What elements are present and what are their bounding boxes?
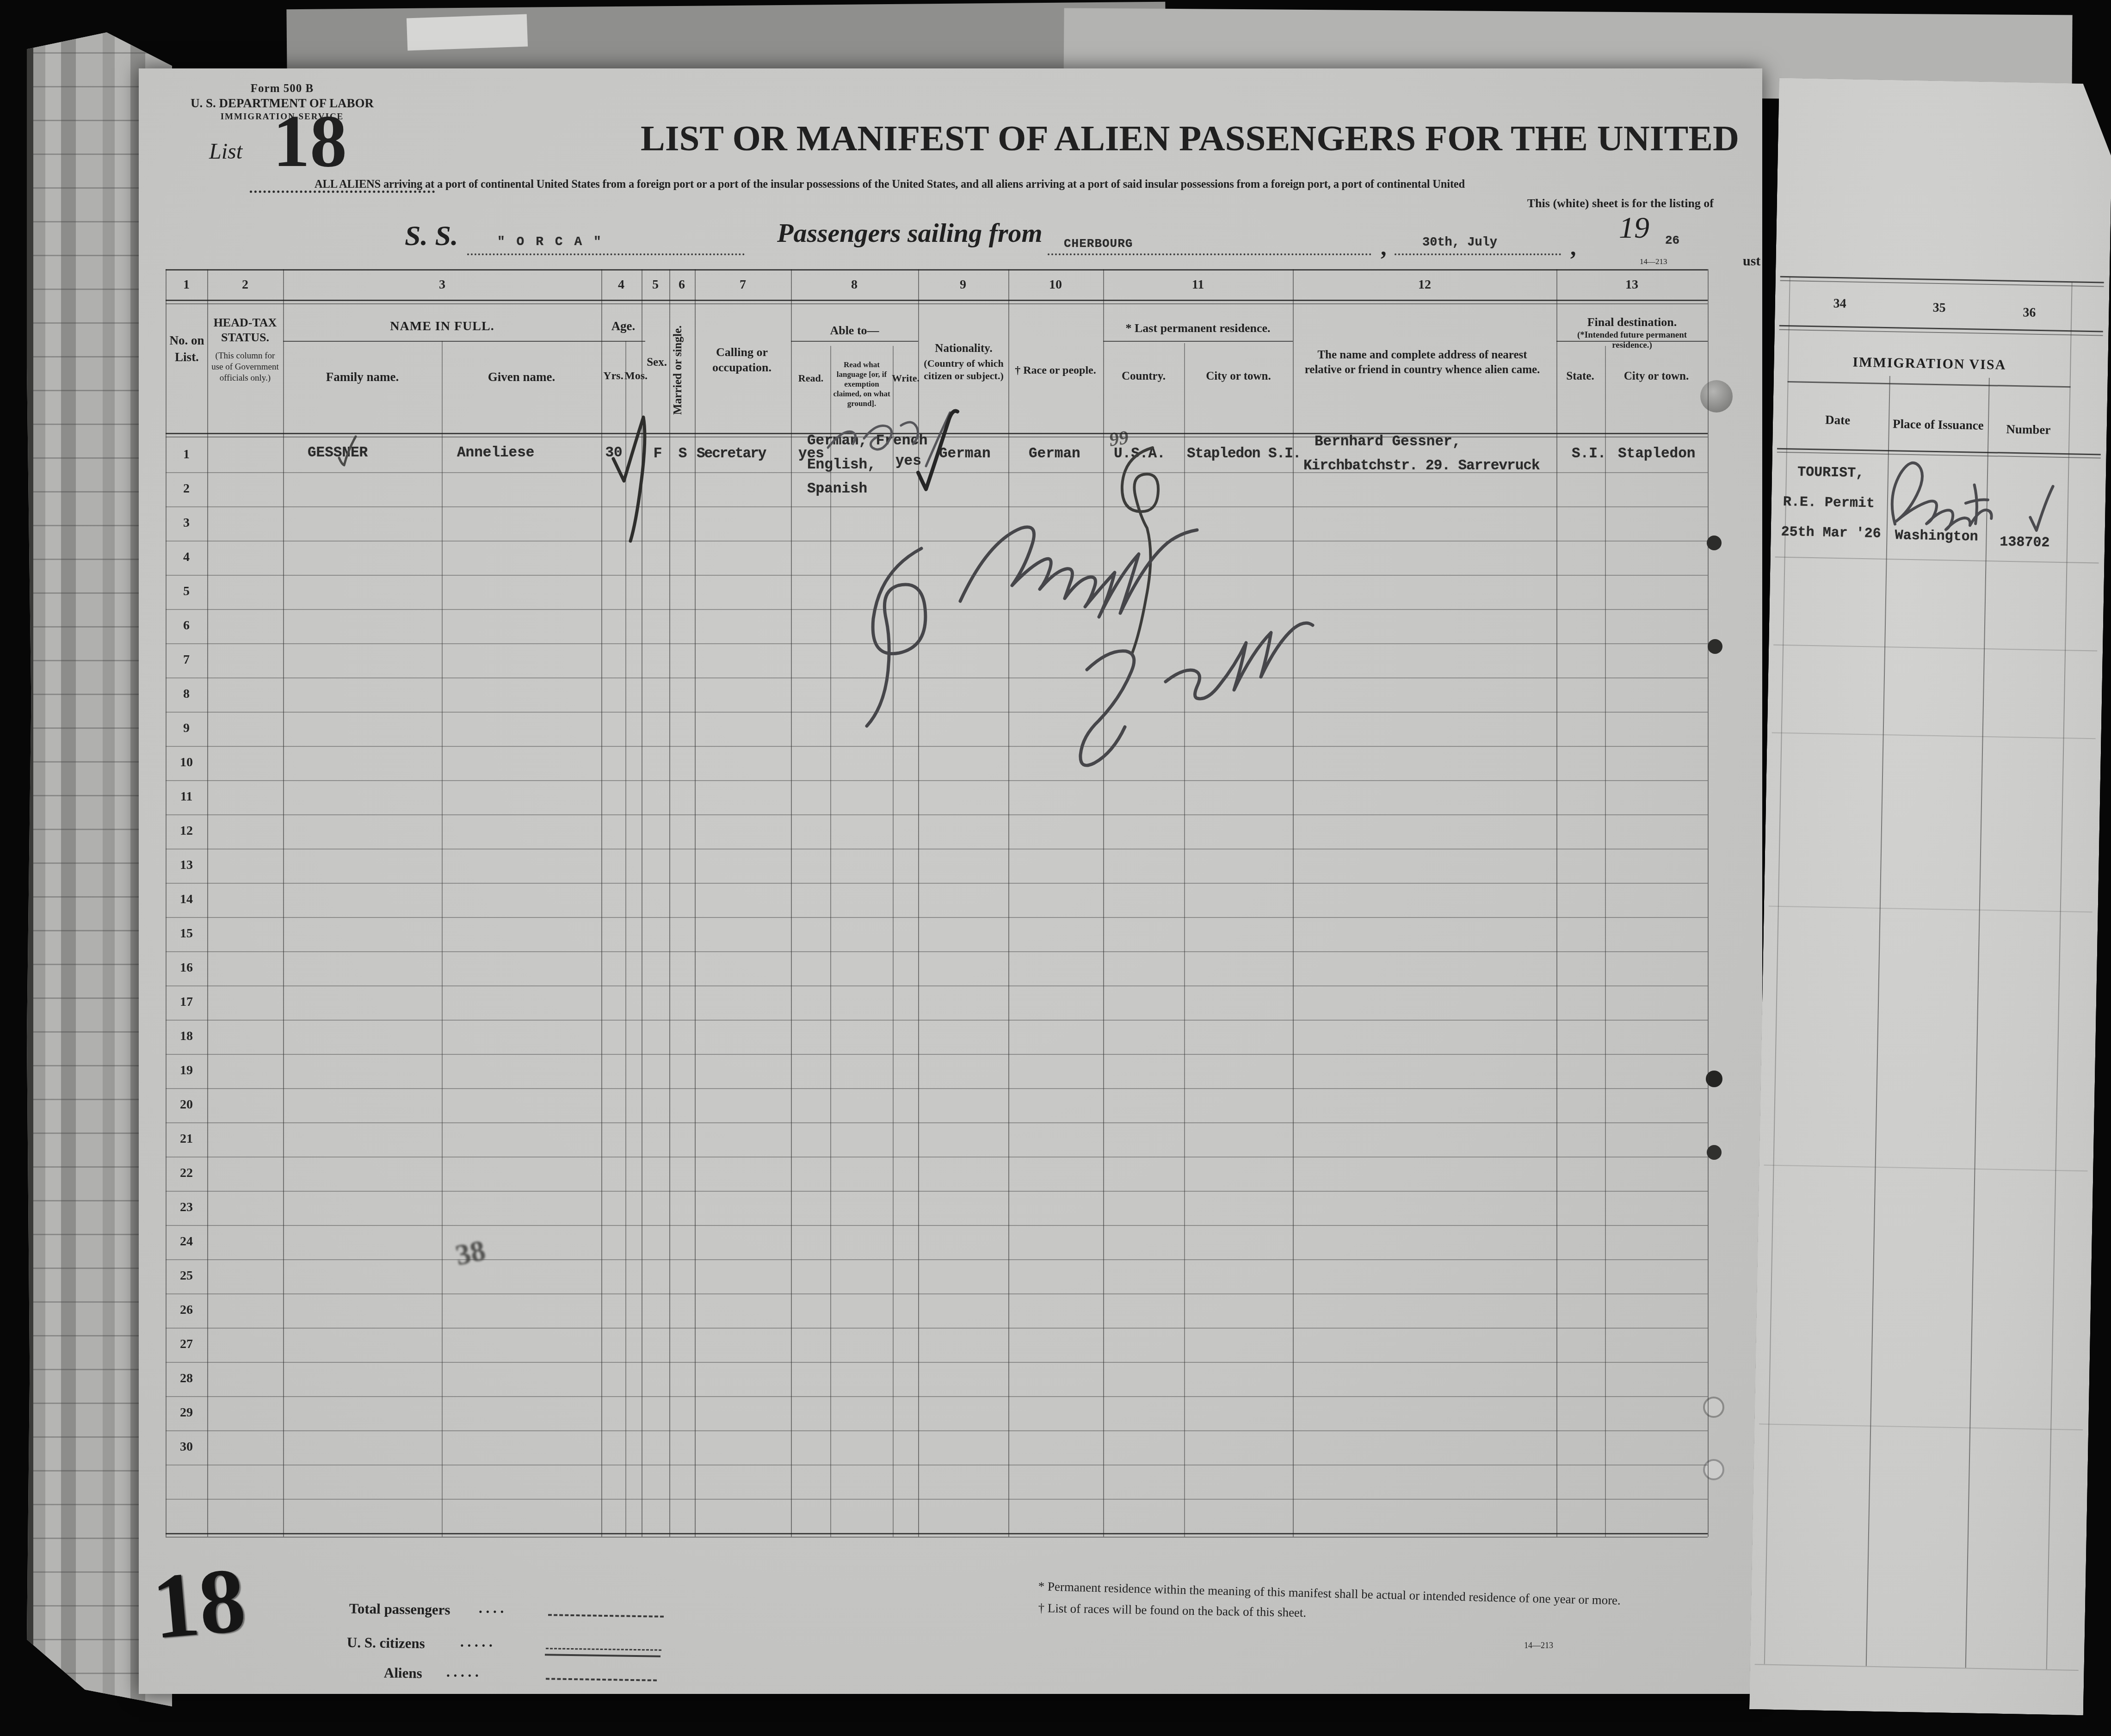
visa-header-date: Date — [1787, 412, 1889, 428]
scrap-fragment: ust — [1743, 253, 1760, 269]
visa-row-rule-4 — [1769, 905, 2092, 912]
row1-cell-relative1: Bernhard Gessner, — [1315, 434, 1461, 450]
grid-row-line-26 — [166, 1328, 1708, 1329]
row1-cell-family: GESSNER — [308, 445, 368, 461]
grid-row-line-3 — [166, 541, 1708, 542]
col2-note: (This column for use of Government offic… — [209, 351, 281, 384]
row-number-4: 4 — [166, 550, 207, 565]
row1-cell-residence_city: Stapledon S.I. — [1187, 446, 1301, 462]
grid-row-line-8 — [166, 712, 1708, 713]
grid-row-line-17 — [166, 1020, 1708, 1021]
visa-line-right — [2046, 282, 2073, 1669]
visa-line-col34-35 — [1866, 376, 1890, 1666]
grid-row-line-15 — [166, 951, 1708, 952]
visa-rule-title — [1788, 381, 2071, 388]
us-citizens-dots: . . . . . — [460, 1634, 493, 1650]
col13-group: Final destination. — [1556, 315, 1708, 329]
col1-header: No. on List. — [167, 332, 207, 365]
row-number-24: 24 — [166, 1234, 207, 1249]
grid-subvline-5 — [1605, 346, 1606, 1537]
row-number-1: 1 — [166, 447, 207, 462]
us-citizens-label: U. S. citizens — [347, 1634, 425, 1652]
row-number-9: 9 — [166, 721, 207, 736]
column-number-8: 8 — [831, 277, 877, 292]
grid-row-line-31 — [166, 1499, 1708, 1500]
col13-state: State. — [1555, 370, 1605, 383]
us-citizens-line2 — [545, 1654, 660, 1657]
date-underline — [1395, 253, 1561, 255]
col3-given: Given name. — [442, 370, 601, 384]
total-passengers-line — [548, 1614, 664, 1617]
row1-cell-dest_city: Stapledon — [1618, 446, 1695, 462]
column-number-9: 9 — [940, 277, 986, 292]
grid-row-line-28 — [166, 1396, 1708, 1397]
col10-header: † Race or people. — [1009, 364, 1102, 377]
row-number-7: 7 — [166, 653, 207, 667]
visa-row1-date2: R.E. Permit — [1783, 494, 1875, 512]
subtitle-line2: This (white) sheet is for the listing of — [1249, 197, 1714, 210]
col11-group: * Last permanent residence. — [1103, 321, 1293, 335]
footnote-2: † List of races will be found on the bac… — [1038, 1601, 1306, 1620]
row-number-11: 11 — [166, 789, 207, 804]
row1-cell-relative2: Kirchbatchstr. 29. Sarrevruck — [1303, 458, 1540, 474]
row1-cell-nationality: German — [939, 446, 991, 462]
column-number-11: 11 — [1175, 277, 1221, 292]
grid-row-line-29 — [166, 1430, 1708, 1431]
col4-yrs: Yrs. — [600, 370, 626, 382]
grid-numbers-rule-2 — [166, 303, 1708, 304]
row-number-13: 13 — [166, 858, 207, 873]
grid-subheader-rule-1 — [601, 341, 645, 342]
total-passengers-label: Total passengers — [349, 1600, 451, 1618]
grid-row-line-20 — [166, 1122, 1708, 1123]
col11-city: City or town. — [1184, 370, 1293, 383]
column-number-13: 13 — [1609, 277, 1655, 292]
col11-country: Country. — [1103, 370, 1184, 383]
sailing-label: Passengers sailing from — [777, 217, 1043, 248]
row-number-26: 26 — [166, 1303, 207, 1317]
grid-vline-2 — [283, 269, 284, 1537]
grid-subheader-rule-4 — [1556, 341, 1708, 342]
row-number-3: 3 — [166, 516, 207, 530]
grid-header-rule-2 — [166, 437, 1708, 437]
grid-row-line-21 — [166, 1157, 1708, 1157]
row-number-29: 29 — [166, 1405, 207, 1420]
col8-lang: Read what language [or, if exemption cla… — [831, 360, 892, 408]
sailing-date: 30th, July — [1422, 236, 1497, 250]
total-passengers-dots: . . . . — [479, 1600, 504, 1617]
col13-city: City or town. — [1605, 370, 1708, 383]
grid-row-line-12 — [166, 849, 1708, 850]
row1-cell-dest_state: S.I. — [1572, 446, 1606, 462]
grid-vline-6 — [695, 269, 696, 1537]
visa-row-rule-7 — [1755, 1664, 2079, 1671]
visa-line-col35-36 — [1965, 378, 1990, 1668]
row-number-10: 10 — [166, 755, 207, 770]
stamp-18: 18 — [149, 1554, 249, 1654]
form-number: Form 500 B — [199, 82, 365, 95]
visa-row-rule-1 — [1775, 557, 2099, 564]
column-number-3: 3 — [419, 277, 465, 292]
col3-family: Family name. — [283, 370, 442, 384]
visa-header-number: Number — [1988, 422, 2069, 437]
grid-bottom-rule-2 — [166, 1537, 1708, 1538]
visa-row1-number: 138702 — [2000, 534, 2050, 551]
grid-subheader-rule-3 — [1103, 341, 1293, 342]
grid-vline-7 — [791, 269, 792, 1537]
visa-row-rule-2 — [1773, 645, 2097, 652]
list-number: 18 — [273, 104, 347, 178]
col9-note: (Country of which citizen or subject.) — [921, 357, 1006, 382]
visa-sheet: 34 35 36 IMMIGRATION VISA Date Place of … — [1749, 78, 2111, 1716]
aliens-dots: . . . . . — [446, 1664, 479, 1681]
grid-row-line-27 — [166, 1362, 1708, 1363]
row1-cell-sex: F — [646, 446, 670, 462]
grid-row-line-6 — [166, 643, 1708, 644]
col8-read: Read. — [790, 372, 832, 384]
visa-col34-number: 34 — [1816, 296, 1863, 312]
row-number-8: 8 — [166, 687, 207, 702]
visa-title: IMMIGRATION VISA — [1788, 353, 2071, 374]
col5-header: Sex. — [643, 356, 671, 369]
grid-vline-9 — [1008, 269, 1009, 1537]
col2-title: HEAD-TAX STATUS. — [208, 315, 282, 345]
grid-subvline-1 — [625, 341, 626, 1537]
row-number-16: 16 — [166, 960, 207, 975]
subtitle-line1: ALL ALIENS arriving at a port of contine… — [315, 178, 1716, 191]
grid-row-line-18 — [166, 1054, 1708, 1055]
form-code-bottom: 14—213 — [1524, 1641, 1553, 1650]
grid-row-line-14 — [166, 917, 1708, 918]
grid-row-line-10 — [166, 780, 1708, 781]
grid-row-line-2 — [166, 506, 1708, 507]
col7-header: Calling or occupation. — [696, 345, 788, 375]
grid-vline-13 — [1708, 269, 1709, 1537]
row1-cell-country: U.S.A. — [1114, 446, 1166, 462]
grid-row-line-11 — [166, 814, 1708, 815]
manifest-photograph: Form 500 B U. S. DEPARTMENT OF LABOR IMM… — [0, 0, 2111, 1736]
visa-row1-date3: 25th Mar '26 — [1781, 524, 1881, 542]
grid-vline-4 — [642, 269, 642, 1537]
grid-row-line-22 — [166, 1191, 1708, 1192]
grid-subvline-0 — [442, 341, 443, 1537]
ship-underline — [467, 253, 745, 255]
row-number-5: 5 — [166, 584, 207, 599]
col4-group: Age. — [601, 319, 645, 333]
visa-handwriting — [1749, 78, 2111, 1716]
row-number-17: 17 — [166, 995, 207, 1010]
visa-row1-place: Washington — [1895, 528, 1978, 545]
grid-subvline-3 — [893, 346, 894, 1537]
column-number-7: 7 — [720, 277, 766, 292]
form-code-top: 14—213 — [1640, 257, 1667, 266]
row-number-25: 25 — [166, 1268, 207, 1283]
page-title: LIST OR MANIFEST OF ALIEN PASSENGERS FOR… — [641, 118, 1739, 160]
sailing-port: CHERBOURG — [1064, 237, 1133, 251]
visa-col36-number: 36 — [2006, 305, 2053, 321]
aliens-line — [546, 1678, 657, 1681]
grid-vline-1 — [207, 269, 208, 1537]
row-number-15: 15 — [166, 926, 207, 941]
ink-dot-1 — [1707, 536, 1722, 550]
column-number-2: 2 — [222, 277, 268, 292]
grid-row-line-30 — [166, 1465, 1708, 1465]
comma-2: , — [1570, 234, 1576, 260]
grid-subheader-rule-0 — [283, 341, 601, 342]
visa-header-place: Place of Issuance — [1889, 417, 1988, 433]
visa-checkmark — [2030, 486, 2053, 531]
visa-row1-date1: TOURIST, — [1797, 464, 1864, 481]
fastener-dot — [1700, 380, 1733, 412]
col8-group: Able to— — [791, 324, 918, 338]
column-number-10: 10 — [1032, 277, 1079, 292]
row-number-28: 28 — [166, 1371, 207, 1386]
column-number-6: 6 — [659, 277, 705, 292]
row-number-14: 14 — [166, 892, 207, 907]
grid-row-line-16 — [166, 985, 1708, 986]
grid-vline-12 — [1556, 269, 1557, 1537]
visa-rule-top1 — [1780, 276, 2104, 283]
visa-rule-numbers1 — [1779, 325, 2103, 332]
row-number-30: 30 — [166, 1440, 207, 1454]
row1-cell-race: German — [1029, 446, 1080, 462]
grid-row-line-13 — [166, 883, 1708, 884]
handwritten-permit-word — [1892, 462, 1993, 530]
visa-row-rule-6 — [1759, 1423, 2083, 1430]
grid-numbers-rule-1 — [166, 300, 1708, 301]
column-number-1: 1 — [163, 277, 210, 292]
row-number-18: 18 — [166, 1029, 207, 1044]
row-number-12: 12 — [166, 824, 207, 838]
grid-row-line-24 — [166, 1259, 1708, 1260]
ink-dot-4 — [1707, 1145, 1722, 1160]
col3-group: NAME IN FULL. — [283, 319, 601, 334]
row1-cell-calling: Secretary — [697, 446, 765, 462]
visa-col35-number: 35 — [1916, 300, 1963, 316]
grid-header-rule-1 — [166, 433, 1708, 434]
comma-1: , — [1381, 234, 1387, 260]
punch-hole-1 — [1703, 1397, 1724, 1418]
grid-subheader-rule-2 — [791, 341, 918, 342]
row-number-21: 21 — [166, 1132, 207, 1146]
grid-row-line-5 — [166, 609, 1708, 610]
grid-row-line-9 — [166, 746, 1708, 747]
visa-row-rule-5 — [1764, 1164, 2088, 1171]
row-number-20: 20 — [166, 1097, 207, 1112]
grid-row-line-23 — [166, 1225, 1708, 1226]
row-number-2: 2 — [166, 481, 207, 496]
row-number-19: 19 — [166, 1063, 207, 1078]
grid-row-line-4 — [166, 575, 1708, 576]
row1-cell-languages: German, French English, Spanish — [807, 429, 927, 501]
row1-cell-married: S — [671, 446, 695, 462]
punch-hole-2 — [1703, 1459, 1724, 1480]
row-number-6: 6 — [166, 618, 207, 633]
col6-header: Married or single. — [672, 308, 693, 432]
col12-header: The name and complete address of nearest… — [1302, 348, 1543, 377]
us-citizens-line — [546, 1648, 661, 1650]
col9-header: Nationality. — [919, 342, 1008, 355]
row1-cell-given: Anneliese — [457, 445, 534, 461]
list-label: List — [209, 139, 242, 164]
row-number-22: 22 — [166, 1166, 207, 1181]
ink-dot-2 — [1708, 639, 1722, 654]
grid-subvline-4 — [1184, 343, 1185, 1537]
pencil-38: 38 — [452, 1233, 488, 1273]
col13-note: (*Intended future permanent residence.) — [1556, 330, 1708, 351]
col8-write: Write. — [892, 372, 919, 384]
grid-top-rule — [166, 269, 1708, 271]
grid-vline-10 — [1103, 269, 1104, 1537]
grid-subvline-2 — [830, 346, 831, 1537]
row-number-23: 23 — [166, 1200, 207, 1215]
year-printed: 19 — [1619, 210, 1649, 246]
row1-cell-yrs: 30 — [602, 445, 625, 461]
ship-name: " O R C A " — [497, 235, 603, 249]
row-number-27: 27 — [166, 1337, 207, 1352]
grid-row-line-25 — [166, 1293, 1708, 1294]
grid-row-line-19 — [166, 1088, 1708, 1089]
grid-row-line-7 — [166, 677, 1708, 678]
year-typed: 26 — [1665, 234, 1679, 247]
col4-mos: Mos. — [624, 370, 647, 382]
column-number-12: 12 — [1401, 277, 1448, 292]
port-underline — [1048, 253, 1371, 255]
ss-label: S. S. — [405, 220, 458, 252]
visa-row-rule-3 — [1772, 733, 2096, 739]
aliens-label: Aliens — [384, 1664, 422, 1681]
grid-bottom-rule-1 — [166, 1533, 1708, 1534]
